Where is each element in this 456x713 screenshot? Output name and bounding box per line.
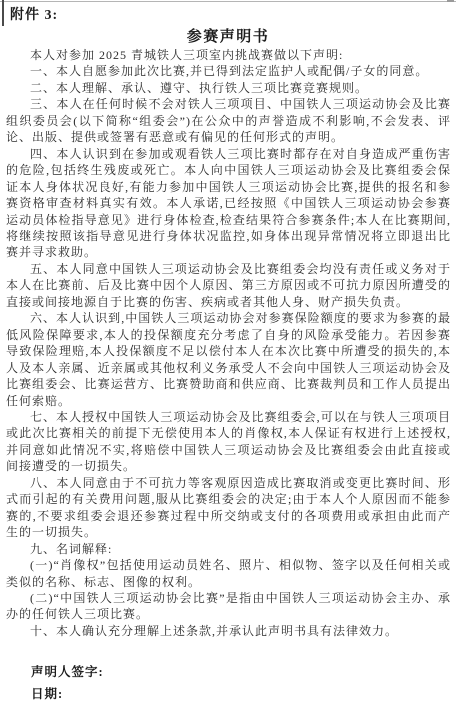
clause-8: 八、本人同意由于不可抗力等客观原因造成比赛取消或变更比赛时间、形式而引起的有关费…: [6, 475, 451, 541]
definition-2-association-race: (二)“中国铁人三项运动协会比赛”是指由中国铁人三项运动协会主办、承办的任何铁人…: [6, 590, 451, 623]
declaration-document-page: 附件 3: 参赛声明书 本人对参加 2025 青城铁人三项室内挑战赛做以下声明:…: [0, 0, 456, 713]
clause-6: 六、本人认识到,中国铁人三项运动协会对参赛保险额度的要求为参赛的最低风险保障要求…: [6, 310, 451, 409]
document-title: 参赛声明书: [0, 25, 456, 46]
clause-3: 三、本人在任何时候不会对铁人三项项目、中国铁人三项运动协会及比赛组织委员会(以下…: [6, 96, 451, 145]
clause-2: 二、本人理解、承认、遵守、执行铁人三项比赛竞赛规则。: [6, 80, 451, 96]
definition-1-portrait-right: (一)“肖像权”包括使用运动员姓名、照片、相似物、签字以及任何相关或类似的名称、…: [6, 557, 451, 590]
intro-paragraph: 本人对参加 2025 青城铁人三项室内挑战赛做以下声明:: [6, 47, 451, 63]
page-left-edge-mark: [2, 0, 4, 26]
page-top-right-mark: [447, 0, 454, 2]
clause-5: 五、本人同意中国铁人三项运动协会及比赛组委会均没有责任或义务对于本人在比赛前、后…: [6, 261, 451, 310]
attachment-label: 附件 3:: [10, 4, 58, 24]
page-top-border: [0, 1, 456, 2]
date-label: 日期:: [6, 683, 451, 705]
clause-7: 七、本人授权中国铁人三项运动协会及比赛组委会,可以在与铁人三项项目或此次比赛相关…: [6, 409, 451, 475]
clause-1: 一、本人自愿参加此次比赛,并已得到法定监护人或配偶/子女的同意。: [6, 63, 451, 79]
signer-signature-label: 声明人签字:: [6, 661, 451, 683]
clause-10: 十、本人确认充分理解上述条款,并承认此声明书具有法律效力。: [6, 623, 451, 639]
clause-4: 四、本人认识到在参加或观看铁人三项比赛时都存在对自身造成严重伤害的危险,包括终生…: [6, 146, 451, 261]
clause-9-definitions-heading: 九、名词解释:: [6, 541, 451, 557]
document-body: 本人对参加 2025 青城铁人三项室内挑战赛做以下声明: 一、本人自愿参加此次比…: [6, 47, 451, 705]
signature-block: 声明人签字: 日期:: [6, 661, 451, 705]
